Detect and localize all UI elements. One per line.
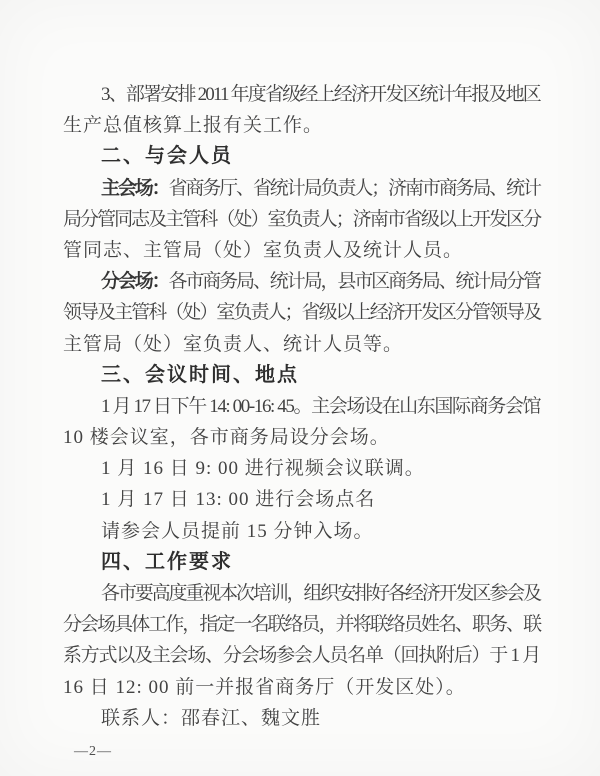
text-line: 各市要高度重视本次培训，组织安排好各经济开发区参会及 [63,578,540,609]
scanned-page: 3、部署安排 2011 年度省级经上经济开发区统计年报及地区生产总值核算上报有关… [0,0,600,776]
text-line: 1 月 17 日下午 14: 00-16: 45。主会场设在山东国际商务会馆 [63,391,540,422]
text-line: 联系人：邵春江、魏文胜 [63,703,540,734]
text-line: 生产总值核算上报有关工作。 [63,110,540,141]
text-line: 领导及主管科（处）室负责人；省级以上经济开发区分管领导及 [63,297,540,328]
text-line: 1 月 16 日 9: 00 进行视频会议联调。 [63,453,540,484]
page-number: —2— [74,744,112,760]
text-line: 分会场具体工作，指定一名联络员，并将联络员姓名、职务、联 [63,609,540,640]
text-line: 主管局（处）室负责人、统计人员等。 [63,329,540,360]
section-heading: 二、与会人员 [63,141,540,172]
run-in-label: 分会场： [101,271,169,292]
text-line: 16 日 12: 00 前一并报省商务厅（开发区处）。 [63,672,540,703]
text-line: 分会场：各市商务局、统计局，县市区商务局、统计局分管 [63,266,540,297]
text-line: 系方式以及主会场、分会场参会人员名单（回执附后）于 1 月 [63,640,540,671]
run-in-label: 主会场： [101,178,169,199]
document-body: 3、部署安排 2011 年度省级经上经济开发区统计年报及地区生产总值核算上报有关… [63,79,540,734]
text-line: 1 月 17 日 13: 00 进行会场点名 [63,484,540,515]
text-line: 10 楼会议室，各市商务局设分会场。 [63,422,540,453]
section-heading: 三、会议时间、地点 [63,360,540,391]
text-line: 主会场：省商务厅、省统计局负责人；济南市商务局、统计 [63,173,540,204]
section-heading: 四、工作要求 [63,547,540,578]
text-line: 管同志、主管局（处）室负责人及统计人员。 [63,235,540,266]
text-line: 3、部署安排 2011 年度省级经上经济开发区统计年报及地区 [63,79,540,110]
text-line: 请参会人员提前 15 分钟入场。 [63,516,540,547]
text-line: 局分管同志及主管科（处）室负责人；济南市省级以上开发区分 [63,204,540,235]
